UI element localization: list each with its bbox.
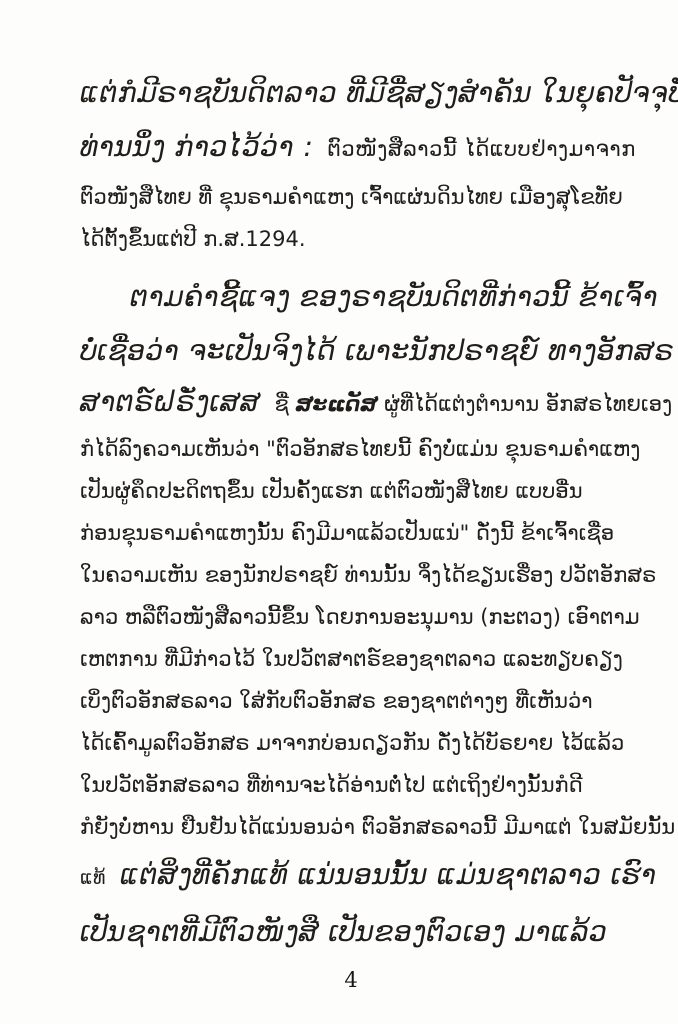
text-segment: ຜູ່ທີ່ໄດ້ແຕ່ງຕຳນານ ອັກສຣໄທຍເອງ [384, 392, 672, 416]
text-line: ບໍ່ເຊື່ອວ່າ ຈະເປັນຈິງໄດ້ ເພາະນັກປຣາຊຍ໌ ທ… [80, 324, 622, 378]
text-segment: ຕົວໜັງສືໄທຍ ທີ່ ຂຸນຣາມຄຳແຫງ ເຈົ້າແຜ່ນດິນ… [80, 185, 623, 209]
text-segment: ສາຕຣ໌ຝຣັ່ງເສສ [80, 385, 260, 418]
text-segment: ໃນປວັຕອັກສຣລາວ ທີ່ທ່ານຈະໄດ້ອ່ານຕໍ່ໄປ ແຕ່… [80, 773, 583, 797]
text-segment: ກໍໄດ້ລົງຄວາມເຫັນວ່າ "ຕົວອັກສຣໄທຍນີ້ ຄົງບ… [80, 437, 640, 461]
text-segment: ໄດ້ຕັ້ງຂຶ້ນແຕ່ປີ ກ.ສ.1294. [80, 227, 306, 251]
text-line: ແຕ່ກໍມີຣາຊບັນດິຕລາວ ທີ່ມີຊື່ສຽງສຳຄັນ ໃນຍ… [80, 66, 622, 120]
text-segment: ເປັນຜູ່ຄຶດປະດິຕຖຂຶ້ນ ເປັນຄັ້ງແຮກ ແຕ່ຕົວໜ… [80, 479, 583, 503]
text-line: ສາຕຣ໌ຝຣັ່ງເສສຊື່ ສະແດັສ ຜູ່ທີ່ໄດ້ແຕ່ງຕຳນ… [80, 378, 622, 428]
text-line: ເບິ່ງຕົວອັກສຣລາວ ໃສ່ກັບຕົວອັກສຣ ຂອງຊາຕຕ່… [80, 680, 622, 722]
text-line: ກໍໄດ້ລົງຄວາມເຫັນວ່າ "ຕົວອັກສຣໄທຍນີ້ ຄົງບ… [80, 428, 622, 470]
author-name-segment: ສະແດັສ [296, 392, 378, 416]
text-line: ກ່ອນຂຸນຣາມຄຳແຫງນັ້ນ ຄົງມີມາແລ້ວເປັນແນ່" … [80, 512, 622, 554]
text-segment: ກໍຍັງບໍ່ຫານ ຢືນຢັນໄດ້ແນ່ນອນວ່າ ຕົວອັກສຣລ… [80, 815, 675, 839]
text-line: ເຫຕການ ທີ່ມີກ່າວໄວ້ ໃນປວັຕສາຕຣ໌ຂອງຊາຕລາວ… [80, 638, 622, 680]
text-line: ແທ້ແຕ່ສິ່ງທີ່ຄັກແທ້ ແນ່ນອນນັ້ນ ແມ່ນຊາຕລາ… [80, 848, 622, 905]
text-segment: ທ່ານນຶ່ງ ກ່າວໄວ້ວ່າ : [80, 130, 313, 163]
text-segment: ໃນຄວາມເຫັນ ຂອງນັກປຣາຊຍ໌ ທ່ານນັ້ນ ຈຶ່ງໄດ້… [80, 563, 656, 587]
text-line: ຕາມຄຳຊີ້ແຈງ ຂອງຣາຊບັນດິຕທີ່ກ່າວນີ້ ຂ້າເຈ… [80, 270, 622, 324]
text-segment: ລາວ ຫລືຕົວໜັງສືລາວນີ້ຂຶ້ນ ໂດຍການອະນຸມານ … [80, 605, 640, 629]
text-line: ໄດ້ຕັ້ງຂຶ້ນແຕ່ປີ ກ.ສ.1294. [80, 218, 622, 260]
text-segment: ເບິ່ງຕົວອັກສຣລາວ ໃສ່ກັບຕົວອັກສຣ ຂອງຊາຕຕ່… [80, 689, 593, 713]
text-line: ລາວ ຫລືຕົວໜັງສືລາວນີ້ຂຶ້ນ ໂດຍການອະນຸມານ … [80, 596, 622, 638]
text-segment: ຊື່ [274, 392, 288, 416]
paragraph-break [80, 260, 622, 270]
text-segment: ແຕ່ກໍມີຣາຊບັນດິຕລາວ ທີ່ມີຊື່ສຽງສຳຄັນ ໃນຍ… [80, 76, 678, 109]
text-segment: ແຕ່ສິ່ງທີ່ຄັກແທ້ ແນ່ນອນນັ້ນ ແມ່ນຊາຕລາວ ເ… [120, 858, 657, 891]
text-segment: ບໍ່ເຊື່ອວ່າ ຈະເປັນຈິງໄດ້ ເພາະນັກປຣາຊຍ໌ ທ… [80, 334, 674, 367]
text-segment: ເປັນຊາຕທີ່ມີຕົວໜັງສື ເປັນຂອງຕົວເອງ ມາແລ້… [80, 915, 607, 948]
text-segment: ກ່ອນຂຸນຣາມຄຳແຫງນັ້ນ ຄົງມີມາແລ້ວເປັນແນ່" … [80, 521, 614, 545]
text-segment: ຕົວໜັງສືລາວນີ້ ໄດ້ແບບຢ່າງມາຈາກ [327, 137, 635, 161]
text-line: ທ່ານນຶ່ງ ກ່າວໄວ້ວ່າ :ຕົວໜັງສືລາວນີ້ ໄດ້ແ… [80, 120, 622, 176]
text-segment: ໄດ້ເຄົ້າມູລຕົວອັກສຣ ມາຈາກບ່ອນດຽວກັນ ດັ່ງ… [80, 731, 624, 755]
text-line: ຕົວໜັງສືໄທຍ ທີ່ ຂຸນຣາມຄຳແຫງ ເຈົ້າແຜ່ນດິນ… [80, 176, 622, 218]
text-line: ເປັນຜູ່ຄຶດປະດິຕຖຂຶ້ນ ເປັນຄັ້ງແຮກ ແຕ່ຕົວໜ… [80, 470, 622, 512]
paragraph-2: ຕາມຄຳຊີ້ແຈງ ຂອງຣາຊບັນດິຕທີ່ກ່າວນີ້ ຂ້າເຈ… [80, 270, 622, 959]
text-line: ເປັນຊາຕທີ່ມີຕົວໜັງສື ເປັນຂອງຕົວເອງ ມາແລ້… [80, 905, 622, 959]
text-segment: ແທ້ [80, 867, 106, 889]
text-segment: ເຫຕການ ທີ່ມີກ່າວໄວ້ ໃນປວັຕສາຕຣ໌ຂອງຊາຕລາວ… [80, 647, 623, 671]
page-number: 4 [80, 965, 622, 995]
scanned-page: ແຕ່ກໍມີຣາຊບັນດິຕລາວ ທີ່ມີຊື່ສຽງສຳຄັນ ໃນຍ… [0, 0, 678, 1024]
text-line: ກໍຍັງບໍ່ຫານ ຢືນຢັນໄດ້ແນ່ນອນວ່າ ຕົວອັກສຣລ… [80, 806, 622, 848]
text-line: ໄດ້ເຄົ້າມູລຕົວອັກສຣ ມາຈາກບ່ອນດຽວກັນ ດັ່ງ… [80, 722, 622, 764]
text-segment: ຕາມຄຳຊີ້ແຈງ ຂອງຣາຊບັນດິຕທີ່ກ່າວນີ້ ຂ້າເຈ… [130, 280, 658, 313]
text-line: ໃນຄວາມເຫັນ ຂອງນັກປຣາຊຍ໌ ທ່ານນັ້ນ ຈຶ່ງໄດ້… [80, 554, 622, 596]
paragraph-1: ແຕ່ກໍມີຣາຊບັນດິຕລາວ ທີ່ມີຊື່ສຽງສຳຄັນ ໃນຍ… [80, 66, 622, 260]
text-line: ໃນປວັຕອັກສຣລາວ ທີ່ທ່ານຈະໄດ້ອ່ານຕໍ່ໄປ ແຕ່… [80, 764, 622, 806]
